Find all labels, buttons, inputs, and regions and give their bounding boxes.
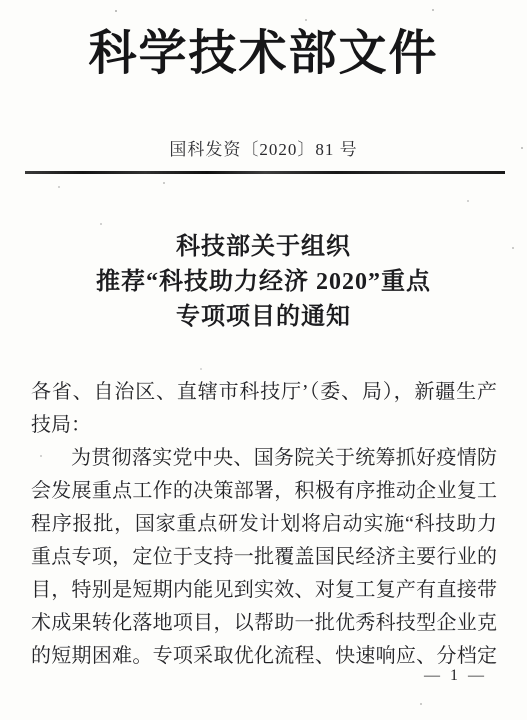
notice-title: 科技部关于组织 推荐“科技助力经济 2020”重点 专项项目的通知	[0, 230, 527, 335]
salutation-line-1: 各省、自治区、直辖市科技厅’（委、局），新疆生产建设兵团科	[31, 376, 497, 409]
paragraph-line: 为贯彻落实党中央、国务院关于统筹抓好疫情防控和经济社	[31, 442, 497, 475]
paragraph-line: 程序报批，国家重点研发计划将启动实施“科技助力经济 2020”	[31, 508, 497, 541]
header-divider-rule	[25, 171, 505, 174]
notice-title-line-1: 科技部关于组织	[0, 230, 527, 265]
agency-title: 科学技术部文件	[0, 24, 527, 84]
paragraph-line: 目，特别是短期内能见到实效、对复工复产有直接带动作用的技	[31, 574, 497, 607]
notice-title-line-3: 专项项目的通知	[0, 300, 527, 335]
paragraph-line: 会发展重点工作的决策部署，积极有序推动企业复工复产，经按	[31, 475, 497, 508]
doc-number: 国科发资〔2020〕81 号	[0, 139, 527, 161]
salutation-line-2: 技局：	[31, 409, 497, 442]
page-number: — 1 —	[424, 666, 487, 686]
notice-title-line-2: 推荐“科技助力经济 2020”重点	[0, 265, 527, 300]
document-page: 科学技术部文件 国科发资〔2020〕81 号 科技部关于组织 推荐“科技助力经济…	[0, 0, 527, 720]
paragraph-line: 术成果转化落地项目，以帮助一批优秀科技型企业克服疫情带来	[31, 607, 497, 640]
body-text: 各省、自治区、直辖市科技厅’（委、局），新疆生产建设兵团科 技局： 为贯彻落实党…	[31, 376, 497, 673]
paragraph-line: 重点专项，定位于支持一批覆盖国民经济主要行业的技术创新项	[31, 541, 497, 574]
scan-noise-specks	[0, 0, 2, 2]
